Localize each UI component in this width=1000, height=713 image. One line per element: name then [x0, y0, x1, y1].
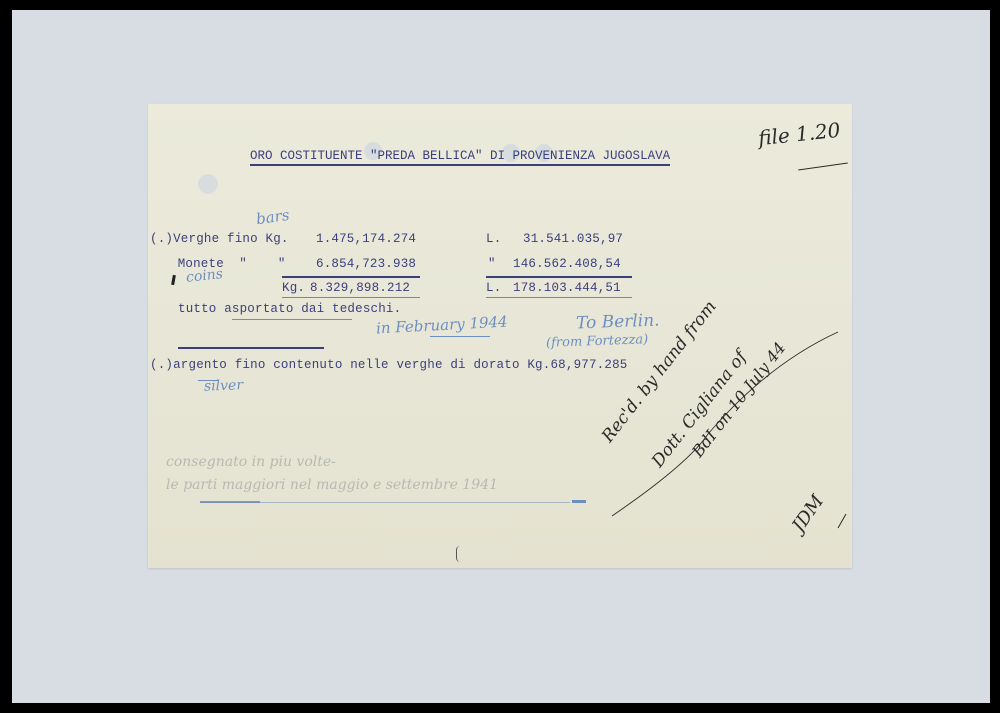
removal-note: tutto asportato dai tedeschi.: [178, 302, 401, 316]
document-title: ORO COSTITUENTE "PREDA BELLICA" DI PROVE…: [250, 149, 670, 166]
annotation-bars: bars: [255, 206, 291, 228]
section-separator: [178, 347, 324, 349]
annotation-from-fortezza: (from Fortezza): [546, 332, 649, 351]
total-lire: 178.103.444,51: [513, 281, 621, 295]
lire-sum-rule: [486, 276, 632, 278]
annotation-coins: coins: [185, 266, 223, 286]
annotation-february-1944: in February 1944: [376, 313, 508, 338]
document-sheet: ORO COSTITUENTE "PREDA BELLICA" DI PROVE…: [148, 104, 852, 568]
total-lire-prefix: L.: [486, 281, 501, 295]
pencil-note-line-2: le parti maggiori nel maggio e settembre…: [166, 477, 498, 493]
total-kg: 8.329,898.212: [310, 281, 410, 295]
silver-line: (.)argento fino contenuto nelle verghe d…: [150, 358, 627, 372]
punch-hole: [198, 174, 218, 194]
row-bars-kg: 1.475,174.274: [316, 232, 416, 246]
lire-total-underline: [486, 297, 632, 298]
diagonal-stroke: [148, 104, 852, 568]
blue-underline-stroke: [200, 501, 260, 503]
bottom-bracket-mark: [456, 546, 461, 562]
row-bars-lire-prefix: L.: [486, 232, 501, 246]
kg-total-underline: [282, 297, 420, 298]
file-note-underline: [798, 163, 848, 171]
kg-sum-rule: [282, 276, 420, 278]
total-kg-label: Kg.: [282, 281, 305, 295]
margin-mark: [171, 275, 176, 285]
february-underline: [430, 336, 490, 337]
file-number-note: file 1.20: [757, 118, 842, 150]
row-coins-lire-prefix: ": [488, 257, 496, 271]
initials: JDM: [788, 491, 828, 536]
row-bars-lire: 31.541.035,97: [523, 232, 623, 246]
annotation-silver: silver: [204, 377, 244, 394]
removal-note-underline: [232, 319, 352, 320]
row-coins-kg: 6.854,723.938: [316, 257, 416, 271]
row-bars-label: (.)Verghe fino Kg.: [150, 232, 289, 246]
annotation-to-berlin: To Berlin.: [576, 311, 660, 334]
pencil-note-line-1: consegnato in piu volte-: [166, 454, 336, 470]
blue-underline-end: [572, 500, 586, 503]
row-coins-lire: 146.562.408,54: [513, 257, 621, 271]
